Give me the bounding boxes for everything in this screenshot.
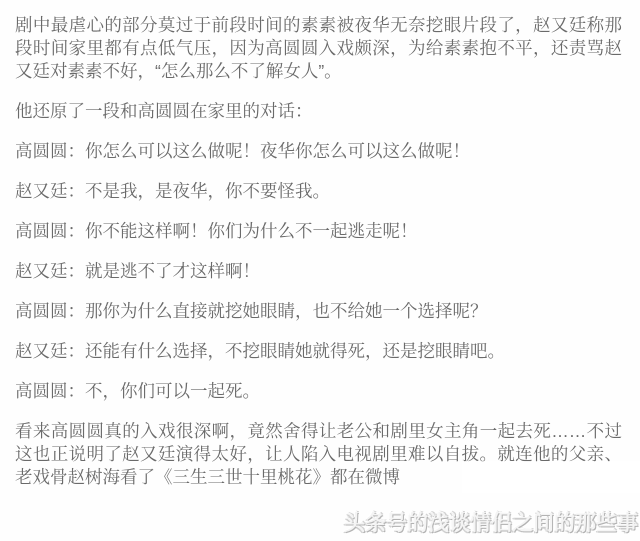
watermark: 头条号的浅谈情侣之间的那些事 xyxy=(344,507,638,537)
dialog-colon: ： xyxy=(68,141,86,161)
intro-paragraph: 剧中最虐心的部分莫过于前段时间的素素被夜华无奈挖眼片段了，赵又廷称那段时间家里都… xyxy=(15,14,622,83)
dialog-text: 还能有什么选择，不挖眼睛她就得死，还是挖眼睛吧。 xyxy=(85,341,505,361)
article-body: 剧中最虐心的部分莫过于前段时间的素素被夜华无奈挖眼片段了，赵又廷称那段时间家里都… xyxy=(0,0,640,506)
dialog-line: 赵又廷：不是我，是夜华，你不要怪我。 xyxy=(15,180,622,203)
dialog-line: 高圆圆：你不能这样啊！你们为什么不一起逃走呢！ xyxy=(15,220,622,243)
dialog-colon: ： xyxy=(68,381,86,401)
dialog-text: 你不能这样啊！你们为什么不一起逃走呢！ xyxy=(85,221,418,241)
dialog-text: 不，你们可以一起死。 xyxy=(85,381,260,401)
speaker-name: 高圆圆 xyxy=(15,141,68,161)
dialog-colon: ： xyxy=(68,301,86,321)
speaker-name: 赵又廷 xyxy=(15,181,68,201)
dialog-text: 就是逃不了才这样啊！ xyxy=(85,261,260,281)
speaker-name: 高圆圆 xyxy=(15,381,68,401)
dialog-line: 高圆圆：不，你们可以一起死。 xyxy=(15,380,622,403)
dialog-colon: ： xyxy=(68,261,86,281)
dialog-text: 那你为什么直接就挖她眼睛，也不给她一个选择呢？ xyxy=(85,301,488,321)
speaker-name: 赵又廷 xyxy=(15,341,68,361)
speaker-name: 高圆圆 xyxy=(15,301,68,321)
lead-in-paragraph: 他还原了一段和高圆圆在家里的对话： xyxy=(15,100,622,123)
dialog-line: 高圆圆：那你为什么直接就挖她眼睛，也不给她一个选择呢？ xyxy=(15,300,622,323)
dialog-colon: ： xyxy=(68,341,86,361)
dialog-colon: ： xyxy=(68,221,86,241)
dialog-text: 不是我，是夜华，你不要怪我。 xyxy=(85,181,330,201)
speaker-name: 赵又廷 xyxy=(15,261,68,281)
dialog-text: 你怎么可以这么做呢！夜华你怎么可以这么做呢！ xyxy=(85,141,470,161)
dialog-colon: ： xyxy=(68,181,86,201)
outro-paragraph: 看来高圆圆真的入戏很深啊，竟然舍得让老公和剧里女主角一起去死……不过这也正说明了… xyxy=(15,420,622,489)
speaker-name: 高圆圆 xyxy=(15,221,68,241)
dialog-line: 赵又廷：还能有什么选择，不挖眼睛她就得死，还是挖眼睛吧。 xyxy=(15,340,622,363)
dialog-line: 赵又廷：就是逃不了才这样啊！ xyxy=(15,260,622,283)
dialog-line: 高圆圆：你怎么可以这么做呢！夜华你怎么可以这么做呢！ xyxy=(15,140,622,163)
